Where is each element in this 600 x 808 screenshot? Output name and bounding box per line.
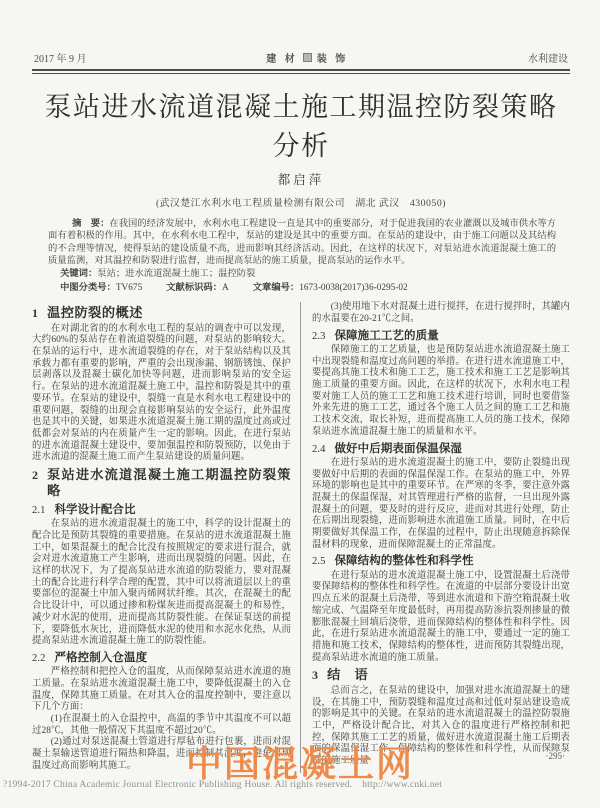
header-date: 2017 年 9 月 (34, 50, 87, 65)
clc-label: 中图分类号： (60, 283, 116, 293)
section-2-2-heading: 2.2 严格控制入仓温度 (32, 651, 291, 665)
doc-code-pair: 文献标识码：A (166, 283, 229, 293)
site-watermark: 中国混凝土网 (0, 736, 600, 787)
keywords-label: 关键词： (60, 269, 97, 279)
abstract-text: 在我国的经济发展中，水利水电工程建设一直是其中的重要部分，对于促进我国的农业灌溉… (48, 219, 556, 266)
article-id-label: 文章编号： (253, 283, 300, 293)
header-column-name: 水利建设 (528, 50, 568, 65)
author-affiliation: (武汉楚江水利水电工程质量检测有限公司 湖北 武汉 430050) (32, 195, 570, 209)
paragraph: 严格控制和把控入仓的温度，从而保障泵站进水流道的施工质量。在泵站进水流道混凝土施… (32, 667, 291, 714)
body-columns: 1 温控防裂的概述 在对湖北省的的水利水电工程的泵站的调查中可以发现，大约60%… (32, 302, 570, 772)
keywords-text: 泵站；进水流道混凝土施工；温控防裂 (97, 269, 255, 279)
article-id-value: 1673-0038(2017)36-0295-02 (299, 283, 407, 293)
section-2-2-number: 2.2 (32, 652, 45, 665)
paragraph: 保障施工的工艺质量，也是预防泵站进水流道混凝土施工中出现裂缝和温度过高问题的举措… (312, 345, 570, 439)
journal-name-left: 建 材 (266, 50, 298, 65)
column-right: (3)使用地下水对混凝土进行搅拌，在进行搅拌时，其罐内的水温要在20-21℃之间… (301, 302, 570, 772)
article-title: 泵站进水流道混凝土施工期温控防裂策略分析 (32, 85, 570, 163)
journal-header: 2017 年 9 月 建 材 装 饰 水利建设 (32, 50, 570, 69)
section-2-4-heading: 2.4 做好中后期表面保温保湿 (312, 442, 570, 456)
section-1-heading: 1 温控防裂的概述 (32, 305, 291, 321)
section-2-4-title: 做好中后期表面保温保湿 (334, 442, 462, 456)
section-2-title: 泵站进水流道混凝土施工期温控防裂策略 (47, 467, 291, 500)
section-2-3-heading: 2.3 保障施工工艺的质量 (312, 329, 570, 343)
section-2-5-title: 保障结构的整体性和科学性 (334, 554, 473, 568)
author-name: 都启萍 (32, 170, 570, 188)
section-2-5-number: 2.5 (312, 555, 325, 568)
meta-line: 中图分类号：TV675文献标识码：A文章编号：1673-0038(2017)36… (48, 282, 556, 294)
article-id-pair: 文章编号：1673-0038(2017)36-0295-02 (253, 283, 408, 293)
section-1-title: 温控防裂的概述 (47, 305, 143, 321)
section-3-number: 3 (312, 668, 318, 683)
header-rule (32, 69, 570, 74)
section-2-4-number: 2.4 (312, 443, 325, 456)
paragraph: 在泵站的进水流道混凝土的施工中，科学的设计混凝土的配合比是预防其裂缝的重要措施。… (32, 519, 291, 648)
journal-page: 2017 年 9 月 建 材 装 饰 水利建设 泵站进水流道混凝土施工期温控防裂… (0, 0, 600, 808)
front-matter: 摘 要：在我国的经济发展中，水利水电工程建设一直是其中的重要部分，对于促进我国的… (48, 218, 556, 294)
section-2-3-number: 2.3 (312, 330, 325, 343)
section-2-3-title: 保障施工工艺的质量 (334, 329, 438, 343)
list-item: (1)在混凝土的入仓温控中，高温的季节中其温度不可以超过28℃，其他一般情况下其… (32, 714, 291, 737)
doc-code-value: A (222, 283, 229, 293)
keywords-line: 关键词：泵站；进水流道混凝土施工；温控防裂 (48, 268, 556, 280)
abstract: 摘 要：在我国的经济发展中，水利水电工程建设一直是其中的重要部分，对于促进我国的… (48, 218, 556, 267)
section-2-5-heading: 2.5 保障结构的整体性和科学性 (312, 554, 570, 568)
clc-value: TV675 (116, 283, 142, 293)
paragraph: 在对湖北省的的水利水电工程的泵站的调查中可以发现，大约60%的泵站存在着流道裂缝… (32, 324, 291, 464)
doc-code-label: 文献标识码： (166, 283, 222, 293)
paragraph: 在进行泵站的进水流道混凝土的施工中，要防止裂缝出现要做好中后期的表面的保温保湿工… (312, 458, 570, 552)
section-2-1-heading: 2.1 科学设计配合比 (32, 503, 291, 517)
section-2-heading: 2 泵站进水流道混凝土施工期温控防裂策略 (32, 467, 291, 500)
section-2-number: 2 (32, 468, 38, 483)
journal-name: 建 材 装 饰 (266, 50, 348, 65)
clc-pair: 中图分类号：TV675 (60, 283, 142, 293)
column-left: 1 温控防裂的概述 在对湖北省的的水利水电工程的泵站的调查中可以发现，大约60%… (32, 302, 301, 772)
journal-name-right: 装 饰 (317, 50, 349, 65)
section-3-title: 结 语 (327, 667, 368, 683)
section-3-heading: 3 结 语 (312, 667, 570, 683)
abstract-label: 摘 要： (72, 219, 109, 229)
journal-logo-icon (303, 53, 312, 62)
list-item: (3)使用地下水对混凝土进行搅拌，在进行搅拌时，其罐内的水温要在20-21℃之间… (312, 302, 570, 325)
paragraph: 在进行泵站的进水流道混凝土施工中，设置混凝土后浇带要保障结构的整体性和科学性。在… (312, 571, 570, 665)
section-2-1-title: 科学设计配合比 (54, 503, 135, 517)
section-2-1-number: 2.1 (32, 504, 45, 517)
section-1-number: 1 (32, 306, 38, 321)
section-2-2-title: 严格控制入仓温度 (54, 651, 147, 665)
